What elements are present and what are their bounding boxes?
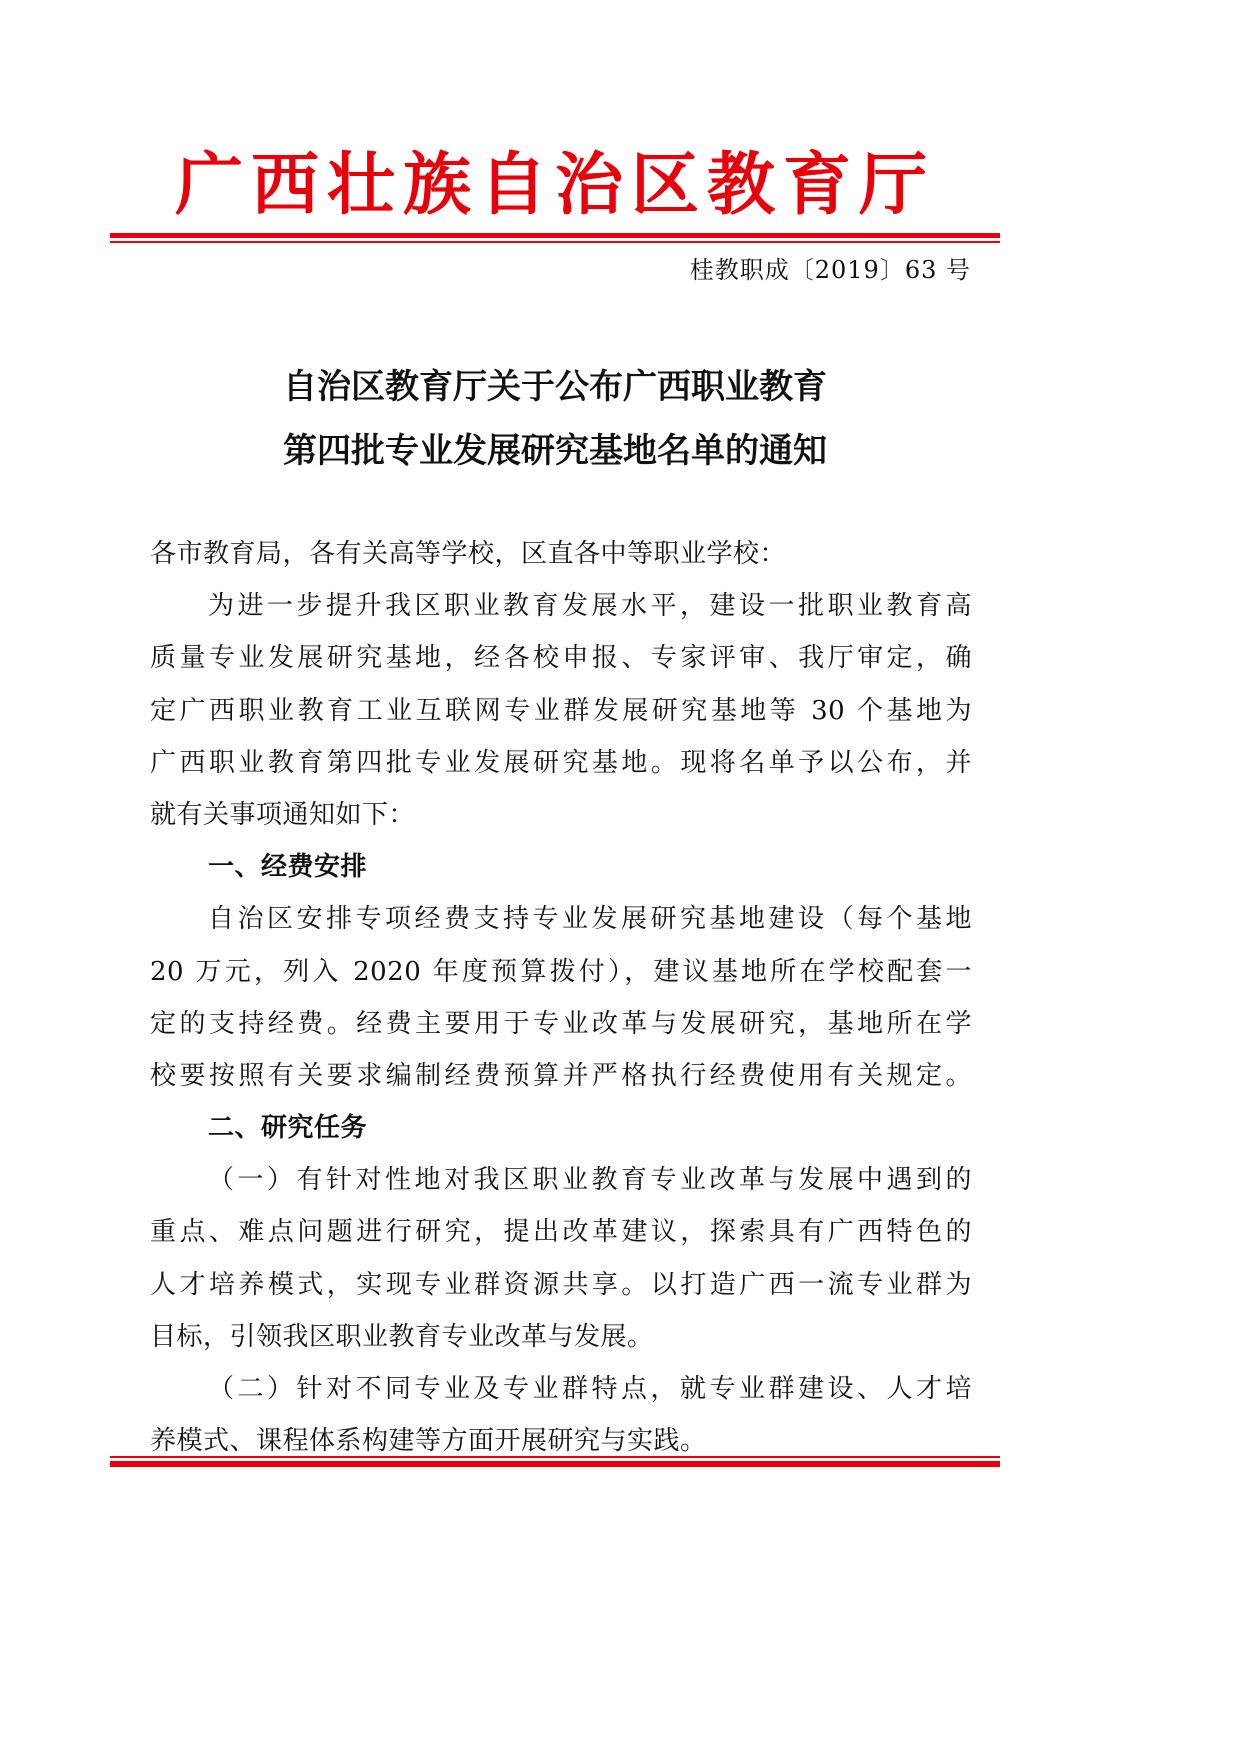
intro-line: 质量专业发展研究基地，经各校申报、专家评审、我厅审定，确 bbox=[150, 632, 972, 684]
task-item-2-line: （二）针对不同专业及专业群特点，就专业群建设、人才培 bbox=[150, 1363, 972, 1415]
salutation: 各市教育局，各有关高等学校，区直各中等职业学校： bbox=[150, 528, 972, 580]
section-heading-funding: 一、经费安排 bbox=[150, 841, 972, 893]
document-number: 桂教职成〔2019〕63 号 bbox=[690, 252, 971, 288]
footer-rule-thick bbox=[110, 1461, 1000, 1467]
intro-line: 就有关事项通知如下： bbox=[150, 789, 972, 841]
task-item-1-line: 重点、难点问题进行研究，提出改革建议，探索具有广西特色的 bbox=[150, 1206, 972, 1258]
title-line-1: 自治区教育厅关于公布广西职业教育 bbox=[110, 355, 1000, 419]
footer-rule-thin bbox=[110, 1456, 1000, 1458]
masthead-rule-thick bbox=[110, 233, 1000, 238]
intro-line: 广西职业教育第四批专业发展研究基地。现将名单予以公布，并 bbox=[150, 737, 972, 789]
title-line-2: 第四批专业发展研究基地名单的通知 bbox=[110, 419, 1000, 483]
funding-line: 20 万元，列入 2020 年度预算拨付），建议基地所在学校配套一 bbox=[150, 946, 972, 998]
funding-line: 校要按照有关要求编制经费预算并严格执行经费使用有关规定。 bbox=[150, 1050, 972, 1102]
funding-line: 自治区安排专项经费支持专业发展研究基地建设（每个基地 bbox=[150, 893, 972, 945]
task-item-1-line: （一）有针对性地对我区职业教育专业改革与发展中遇到的 bbox=[150, 1154, 972, 1206]
document-page: 广西壮族自治区教育厅 桂教职成〔2019〕63 号 自治区教育厅关于公布广西职业… bbox=[0, 0, 1241, 1754]
document-title: 自治区教育厅关于公布广西职业教育 第四批专业发展研究基地名单的通知 bbox=[110, 355, 1000, 483]
masthead-rule-thin bbox=[110, 241, 1000, 243]
section-heading-research-tasks: 二、研究任务 bbox=[150, 1102, 972, 1154]
masthead-org-name: 广西壮族自治区教育厅 bbox=[110, 140, 1000, 230]
document-body: 各市教育局，各有关高等学校，区直各中等职业学校： 为进一步提升我区职业教育发展水… bbox=[150, 528, 972, 1467]
task-item-1-line: 目标，引领我区职业教育专业改革与发展。 bbox=[150, 1311, 972, 1363]
funding-line: 定的支持经费。经费主要用于专业改革与发展研究，基地所在学 bbox=[150, 998, 972, 1050]
task-item-1-line: 人才培养模式，实现专业群资源共享。以打造广西一流专业群为 bbox=[150, 1259, 972, 1311]
task-item-2-line: 养模式、课程体系构建等方面开展研究与实践。 bbox=[150, 1415, 972, 1467]
intro-line: 为进一步提升我区职业教育发展水平，建设一批职业教育高 bbox=[150, 580, 972, 632]
intro-line: 定广西职业教育工业互联网专业群发展研究基地等 30 个基地为 bbox=[150, 685, 972, 737]
